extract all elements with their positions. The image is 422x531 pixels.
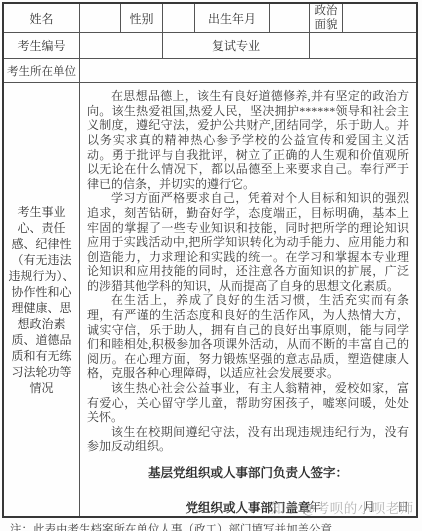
birthdate-label: 出生年月 [194, 4, 269, 32]
political-review-form-table: 姓名 性别 出生年月 政治 面貌 考生编号 复试专业 考生所在单位 考生事业心、… [2, 2, 418, 518]
candidate-unit-value-cell [79, 59, 416, 82]
form-row-basic-info: 姓名 性别 出生年月 政治 面貌 [4, 4, 416, 32]
assessment-paragraph-study: 学习方面严格要求自己，凭着对个人目标和知识的强烈追求，刻苦钻研，勤奋好学，态度端… [87, 191, 409, 293]
assessment-criteria-label: 考生事业心、责任感、纪律性（有无违法违规行为）、协作性和心理健康、思想政治素质、… [4, 83, 79, 516]
gender-label: 性别 [120, 4, 162, 32]
political-status-label-line2: 面貌 [315, 18, 338, 32]
assessment-paragraph-charity: 该生热心社会公益事业，有主人翁精神，爱校如家，富有爱心，关心留守学儿童，帮助穷困… [87, 381, 409, 425]
birthdate-value-cell [269, 4, 309, 32]
assessment-paragraph-life: 在生活上，养成了良好的生活习惯，生活充实而有条理，有严谨的生活态度和良好的生活作… [87, 293, 409, 381]
clipped-footer-note: 注：此表由考生档案所在单位人事（政工）部门填写并加盖公章。 [10, 521, 344, 531]
candidate-unit-label: 考生所在单位 [4, 59, 79, 82]
political-status-label: 政治 面貌 [309, 4, 342, 32]
scanned-form-page: 姓名 性别 出生年月 政治 面貌 考生编号 复试专业 考生所在单位 考生事业心、… [0, 0, 422, 531]
assessment-text-cell: 在思想品德上，该生有良好道德修养,并有坚定的政治方向。该生热爱祖国,热爱人民，坚… [79, 83, 416, 516]
signature-line: 基层党组织或人事部门负责人签字： [87, 463, 409, 481]
gender-value-cell [162, 4, 194, 32]
assessment-paragraph-morality: 在思想品德上，该生有良好道德修养,并有坚定的政治方向。该生热爱祖国,热爱人民，坚… [87, 89, 409, 191]
name-value-cell [79, 4, 120, 32]
zhihu-watermark: 知乎 @考呗的小呗老师 [271, 497, 414, 517]
form-row-unit: 考生所在单位 [4, 58, 416, 82]
retest-major-value-cell [309, 33, 416, 58]
political-status-value-cell [342, 4, 416, 32]
candidate-number-value-cell [79, 33, 162, 58]
form-row-assessment: 考生事业心、责任感、纪律性（有无违法违规行为）、协作性和心理健康、思想政治素质、… [4, 82, 416, 516]
name-label: 姓名 [4, 4, 79, 32]
assessment-paragraph-discipline: 该生在校期间遵纪守法，没有出现违规违纪行为，没有参加反动组织。 [87, 425, 409, 454]
retest-major-label: 复试专业 [162, 33, 309, 58]
candidate-number-label: 考生编号 [4, 33, 79, 58]
political-status-label-line1: 政治 [315, 4, 338, 18]
form-row-exam-info: 考生编号 复试专业 [4, 32, 416, 58]
